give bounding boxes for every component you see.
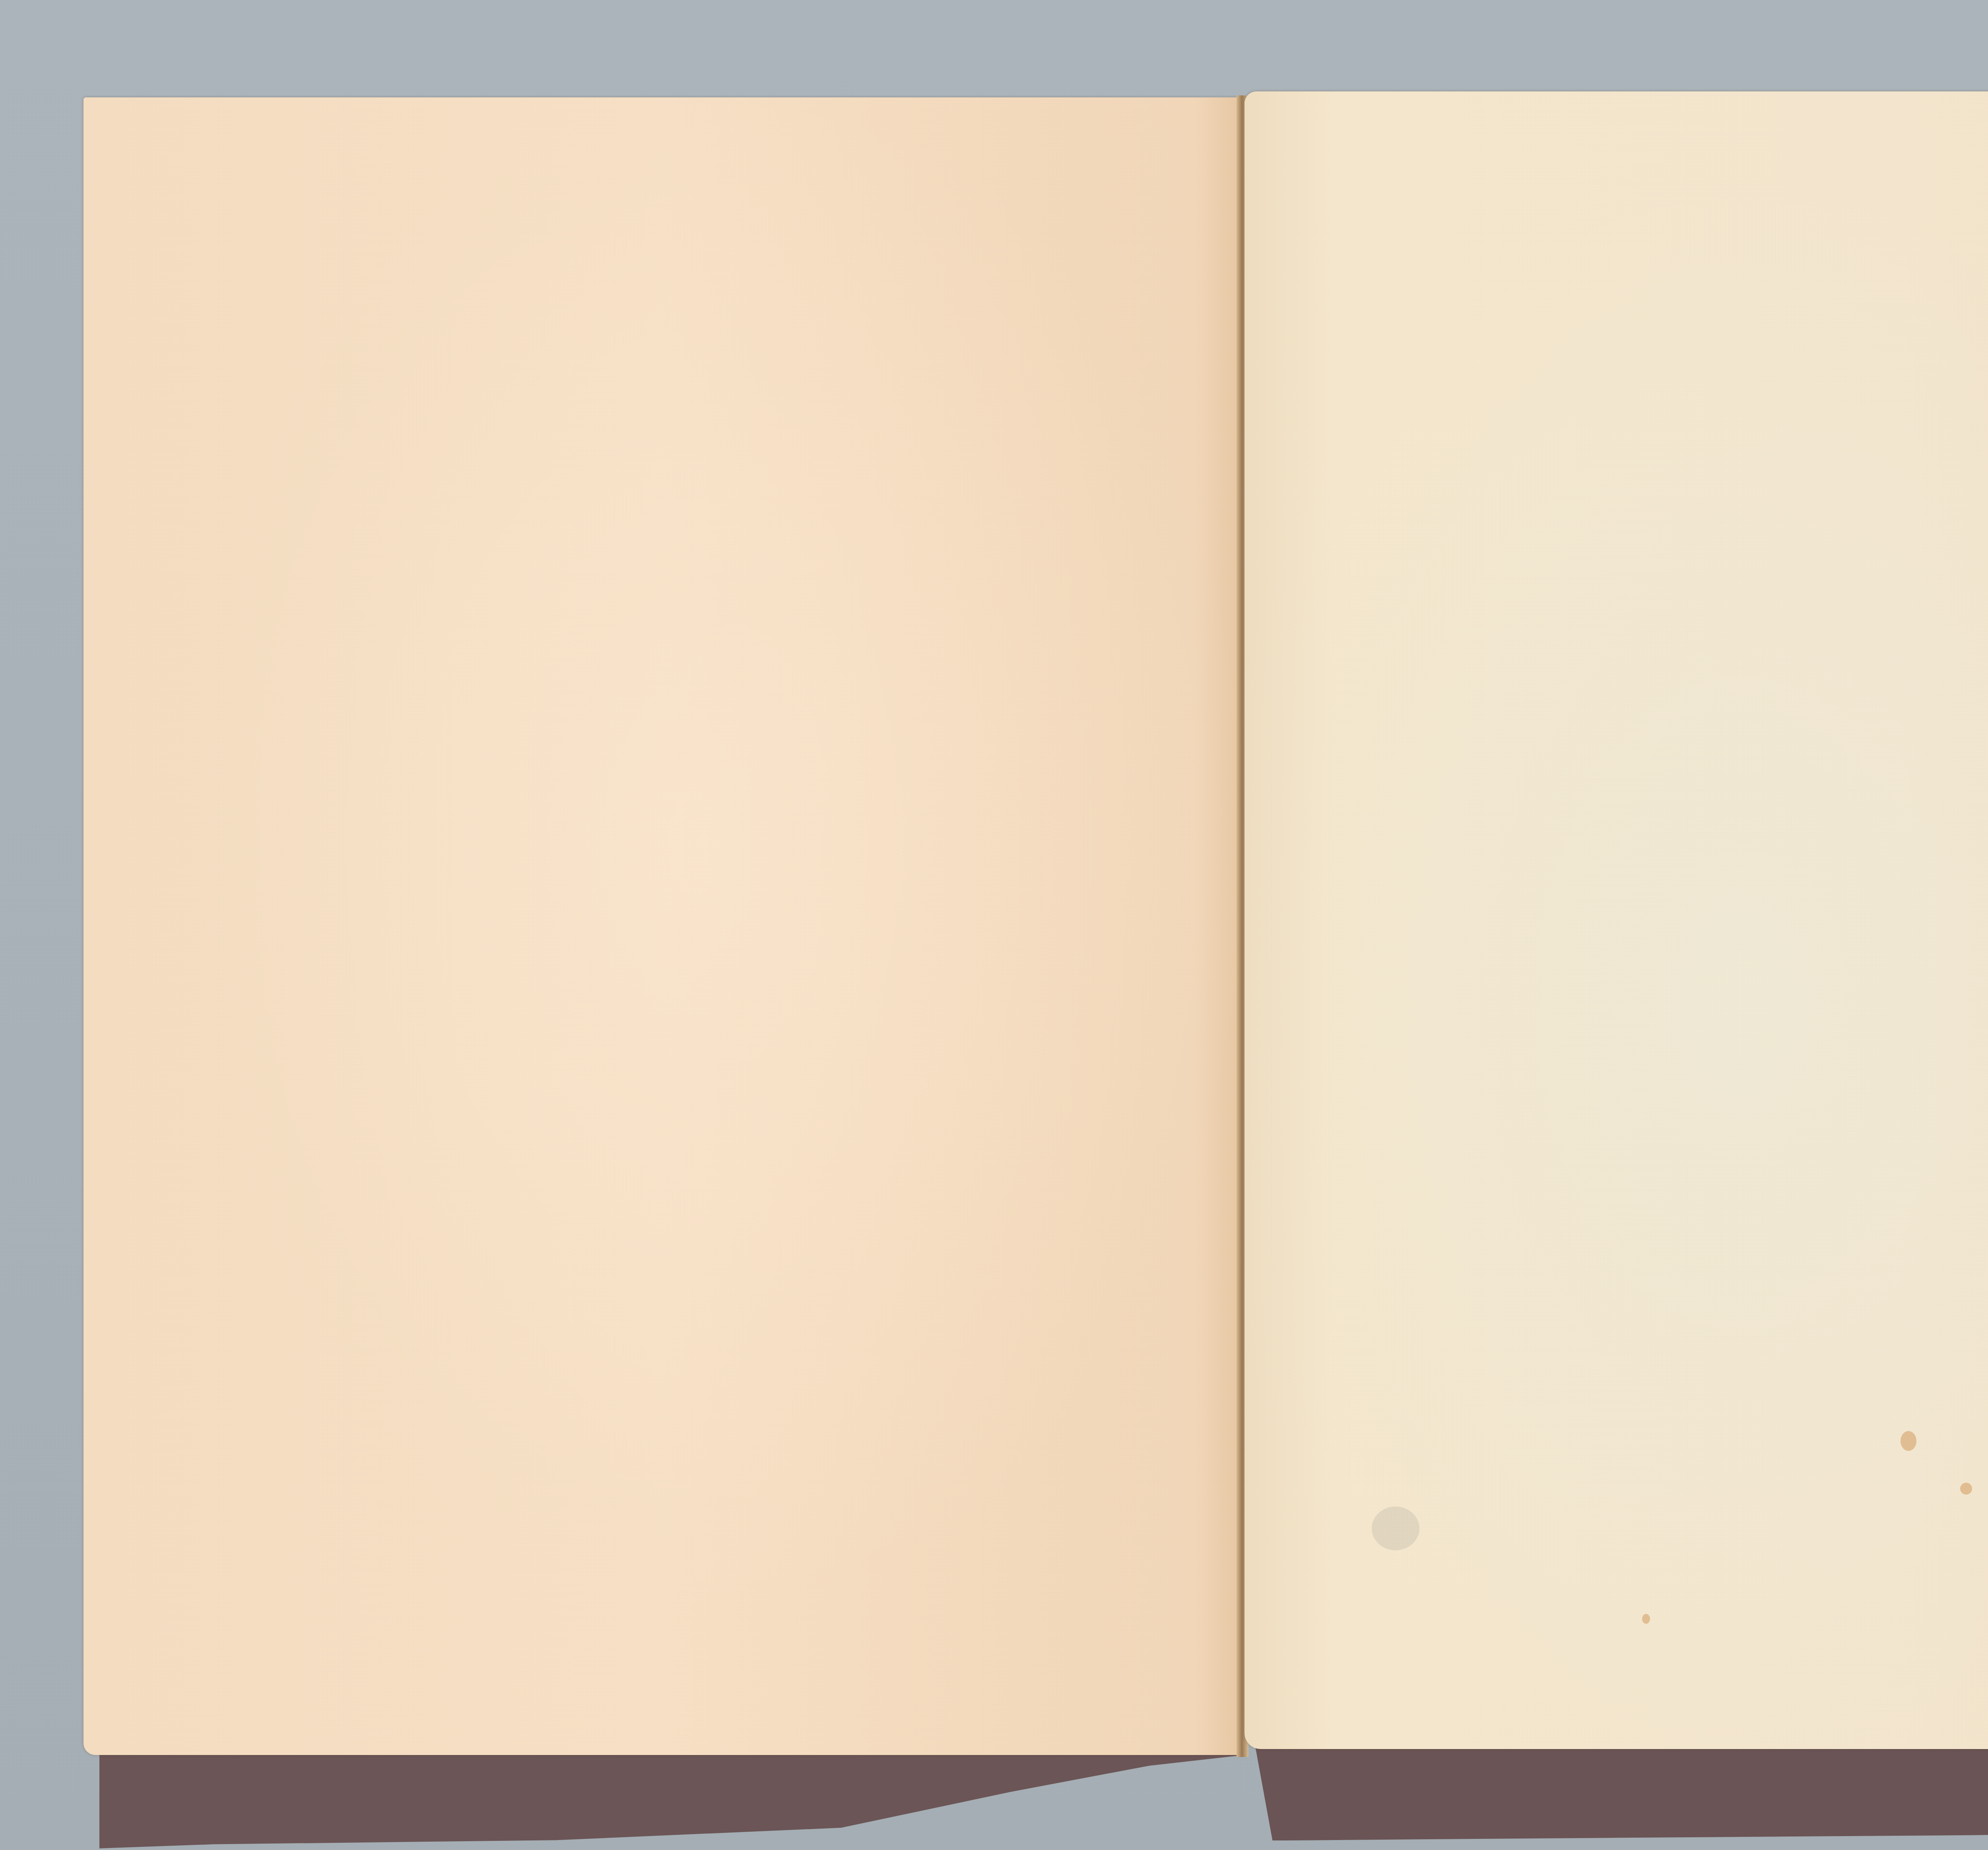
right-blank-page <box>1244 91 1988 1749</box>
left-blank-page <box>83 97 1241 1755</box>
foxing-spot <box>1642 1614 1650 1624</box>
photo-scene <box>0 0 1988 1850</box>
foxing-spot <box>1960 1483 1972 1495</box>
smudge-mark <box>1372 1507 1419 1550</box>
foxing-spot <box>1901 1431 1916 1451</box>
